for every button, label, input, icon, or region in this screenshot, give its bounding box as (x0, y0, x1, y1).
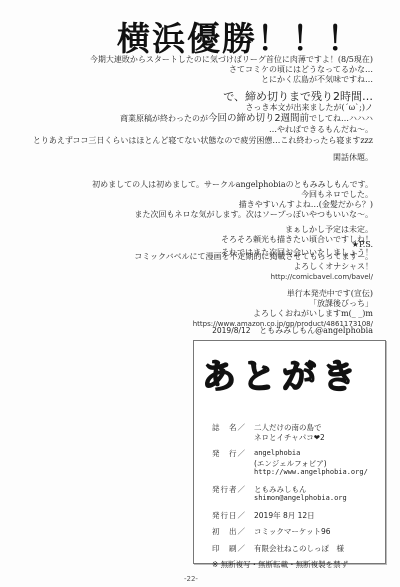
text-fragment: でしてね…ハハハ (309, 114, 373, 123)
text-fragment: 商業原稿が終わったのが (120, 114, 208, 123)
row-label: 誌 名／ (212, 423, 254, 442)
row-label: 発行者／ (212, 485, 254, 504)
text-line: …やればできるもんだね～。 (33, 124, 373, 135)
document-page: 横浜優勝！！！ 今期大連敗からスタートしたのに気づけばリーグ首位に肉薄ですよ！(… (0, 0, 400, 587)
value-line: (エンジェルフォビア) (254, 459, 377, 469)
ps-heading-visible: ★P.S. (352, 240, 373, 250)
value-line: 2019年 8月 12日 (254, 511, 377, 521)
text-line: まぁしかし予定は未定。 (221, 225, 373, 235)
intro-paragraph: 今期大連敗からスタートしたのに気づけばリーグ首位に肉薄ですよ！(8/5現在) さ… (90, 55, 373, 85)
text-line: とりあえずココ三日くらいはほとんど寝てない状態なので疲労困憊…これ終わったら寝ま… (33, 135, 373, 146)
book-promo-paragraph: 単行本発売中です(宣伝) 「放課後びっち」 よろしくおねがいしますm(_ _)m… (193, 289, 373, 329)
value-line: 二人だけの南の島で (254, 423, 377, 433)
text-line: また次回もネロな気がします。次はソープっぽいやつもいいな～。 (92, 210, 373, 220)
value-line: コミックマーケット96 (254, 527, 377, 537)
headline: 横浜優勝！！！ (117, 13, 362, 60)
page-number: -22- (184, 575, 198, 583)
colophon-box: あとがき 誌 名／ 二人だけの南の島で ネロとイチャパコ❤2 発 行／ ange… (193, 340, 386, 564)
colophon-row-title: 誌 名／ 二人だけの南の島で ネロとイチャパコ❤2 (212, 423, 377, 442)
signature-date: 2019/8/12 (212, 326, 250, 335)
text-line: コミックバベルにて漫画を不定期的に掲載させてもらってますー。 (134, 252, 373, 262)
bavel-link[interactable]: http://comicbavel.com/bavel/ (134, 272, 373, 282)
signature-line: 2019/8/12 ともみみしもん@angelphobia (212, 325, 373, 336)
text-line: で、締め切りまで残り2時間… (33, 91, 373, 102)
text-line: さてコミケの頃にはどうなってるかな… (90, 65, 373, 75)
text-line: 単行本発売中です(宣伝) (193, 289, 373, 299)
row-value: コミックマーケット96 (254, 527, 377, 537)
colophon-row-publisher: 発 行／ angelphobia (エンジェルフォビア) http://www.… (212, 449, 377, 478)
colophon-row-printer: 印 刷／ 有限会社ねこのしっぽ 様 (212, 544, 377, 554)
row-value: 有限会社ねこのしっぽ 様 (254, 544, 377, 554)
value-line: ともみみしもん (254, 485, 377, 495)
greeting-paragraph: 初めましての人は初めまして。サークルangelphobiaのともみみしもんです。… (92, 180, 373, 220)
plans-paragraph: まぁしかし予定は未定。 そろそろ頼光も描きたい頃合いですしね！ (221, 225, 373, 245)
value-line: angelphobia (254, 449, 377, 459)
colophon-details: 誌 名／ 二人だけの南の島で ネロとイチャパコ❤2 発 行／ angelphob… (212, 423, 377, 570)
text-line: 初めましての人は初めまして。サークルangelphobiaのともみみしもんです。 (92, 180, 373, 190)
value-line: 有限会社ねこのしっぽ 様 (254, 544, 377, 554)
row-label: 発 行／ (212, 449, 254, 478)
colophon-title: あとがき (202, 349, 362, 398)
row-value: 二人だけの南の島で ネロとイチャパコ❤2 (254, 423, 377, 442)
aside-heading: 閑話休題。 (333, 153, 373, 163)
text-line: 閑話休題。 (333, 153, 373, 163)
text-line: 今期大連敗からスタートしたのに気づけばリーグ首位に肉薄ですよ！(8/5現在) (90, 55, 373, 65)
row-label: 初 出／ (212, 527, 254, 537)
emphasized-text: 今回の締め切り2週間前 (208, 113, 309, 124)
value-line: ネロとイチャパコ❤2 (254, 433, 377, 443)
author-email[interactable]: shimon@angelphobia.org (254, 494, 377, 504)
text-line: 商業原稿が終わったのが今回の締め切り2週間前でしてね…ハハハ (33, 113, 373, 124)
text-line: とにかく広島が不気味ですね… (90, 75, 373, 85)
colophon-row-author: 発行者／ ともみみしもん shimon@angelphobia.org (212, 485, 377, 504)
text-line: 「放課後びっち」 (193, 299, 373, 309)
copyright-notice: ※ 無断複写・無断転載・無断複製を禁ず (212, 560, 377, 570)
row-value: 2019年 8月 12日 (254, 511, 377, 521)
row-label: 発行日／ (212, 511, 254, 521)
colophon-row-date: 発行日／ 2019年 8月 12日 (212, 511, 377, 521)
text-line: 今回もネロでした。 (92, 190, 373, 200)
text-line: よろしくおねがいしますm(_ _)m (193, 309, 373, 319)
colophon-row-first-appearance: 初 出／ コミックマーケット96 (212, 527, 377, 537)
row-value: angelphobia (エンジェルフォビア) http://www.angel… (254, 449, 377, 478)
text-line: さっき本文が出来ましたが(´ω`;)ノ (33, 102, 373, 113)
text-line: ★P.S. (352, 240, 373, 250)
row-label: 印 刷／ (212, 544, 254, 554)
text-line: そろそろ頼光も描きたい頃合いですしね！ (221, 235, 373, 245)
publisher-link[interactable]: http://www.angelphobia.org/ (254, 468, 377, 478)
signature-author: ともみみしもん@angelphobia (259, 326, 373, 335)
bavel-paragraph: コミックバベルにて漫画を不定期的に掲載させてもらってますー。 よろしくオナシャス… (134, 252, 373, 282)
text-line: よろしくオナシャス！ (134, 262, 373, 272)
row-value: ともみみしもん shimon@angelphobia.org (254, 485, 377, 504)
deadline-paragraph: で、締め切りまで残り2時間… さっき本文が出来ましたが(´ω`;)ノ 商業原稿が… (33, 91, 373, 146)
text-line: 描きやすいんすよね…(金髪だから？) (92, 200, 373, 210)
